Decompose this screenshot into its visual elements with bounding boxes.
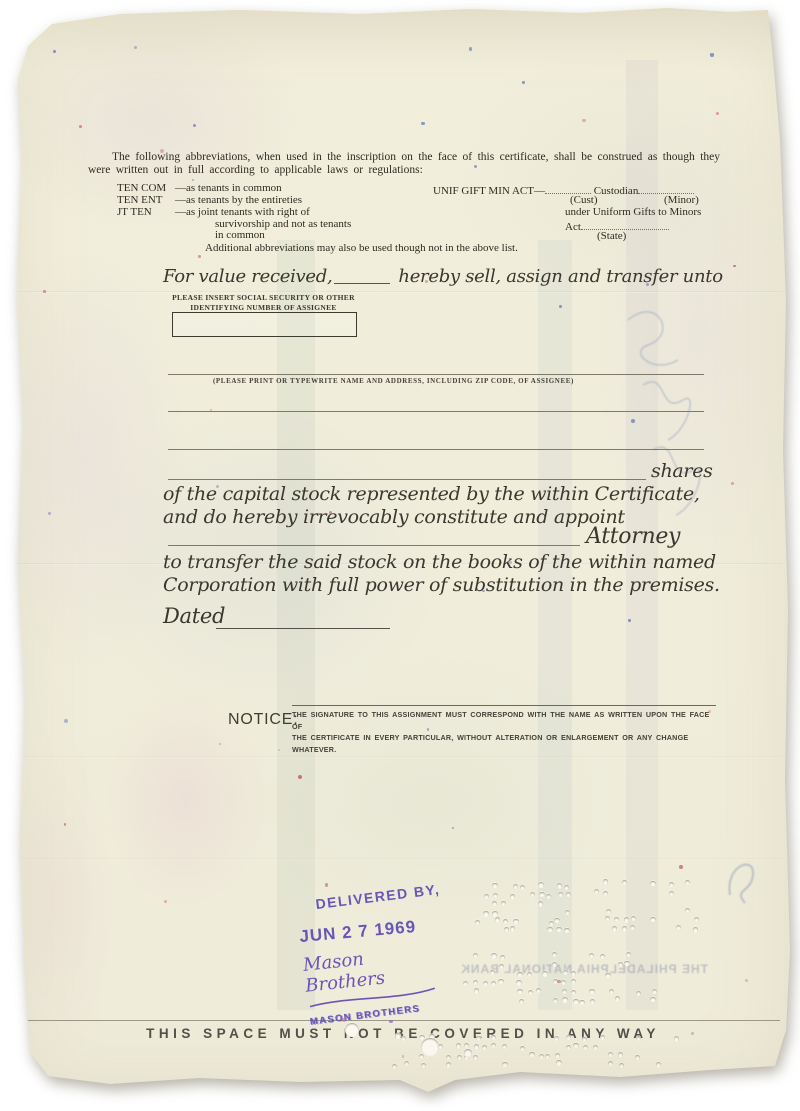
punch-hole [624,961,629,966]
attorney-word: Attorney [586,524,680,549]
shares-word: shares [651,460,713,482]
notice-rule [292,705,716,706]
abbrev-def-cont: in common [215,230,351,242]
punch-hole [590,999,595,1004]
punch-hole [513,884,518,889]
punch-hole [549,921,554,926]
punch-hole [573,1043,578,1048]
abbrev-ten-ent: TEN ENT—as tenants by the entireties [117,195,302,207]
paper-speck [731,482,734,485]
punch-hole [483,911,488,916]
capital-stock-line1: of the capital stock represented by the … [163,483,700,505]
punch-hole [528,990,533,995]
punch-hole [656,1062,661,1067]
punch-hole [395,1033,400,1038]
punch-hole [565,910,570,915]
unif-under-line: under Uniform Gifts to Minors [565,207,701,219]
attorney-write-line [168,545,580,546]
fold-crease [16,291,782,293]
punch-hole [542,971,547,976]
punch-hole [693,927,698,932]
punch-hole [421,1038,439,1056]
paper-speck [745,979,748,982]
stamp-date: JUN 2 7 1969 [299,916,430,947]
ssn-entry-box [172,312,357,337]
punch-hole [392,1064,397,1069]
punch-hole [615,996,620,1001]
punch-hole [618,1052,623,1057]
punch-hole [603,891,608,896]
punch-hole [630,925,635,930]
punch-hole [594,889,599,894]
punch-hole [482,1045,487,1050]
unif-act-label: Act [565,221,581,233]
punch-hole [464,1043,469,1048]
punch-hole [538,901,543,906]
assignee-write-line-2 [168,411,704,412]
punch-hole [473,953,478,958]
paper-speck [298,775,302,779]
abbrev-jt-ten: JT TEN—as joint tenants with right of su… [117,207,351,242]
for-value-received-text: For value received, [163,266,332,287]
punch-hole [619,1063,624,1068]
punch-hole [583,1045,588,1050]
abbrev-ten-com: TEN COM—as tenants in common [117,183,282,195]
punch-hole [694,917,699,922]
paper-speck [421,122,424,125]
paper-speck [48,512,52,516]
assignee-write-line-3 [168,449,704,450]
punch-hole [564,885,569,890]
punch-hole [561,980,566,985]
punch-hole [473,1055,478,1060]
notice-label: NOTICE: [228,711,299,729]
paper-speck [192,179,194,181]
punch-hole [493,893,498,898]
punch-hole [622,926,627,931]
punch-hole [626,952,631,957]
punch-hole [464,1049,472,1057]
punch-hole [446,1055,451,1060]
punch-hole [636,991,641,996]
paper-speck [710,53,713,56]
punch-hole [492,883,497,888]
punch-hole [571,990,576,995]
additional-abbrev-note: Additional abbreviations may also be use… [205,243,518,255]
punch-hole [600,1035,605,1040]
punch-hole [516,980,521,985]
punch-hole [650,881,655,886]
punch-hole [554,918,559,923]
punch-hole [674,1036,679,1041]
punch-hole [463,981,468,986]
abbrev-term: TEN ENT [117,195,175,207]
assignee-write-line-1 [168,374,704,375]
ssn-instruction-label: PLEASE INSERT SOCIAL SECURITY OR OTHER I… [170,293,357,312]
abbrev-def: —as tenants in common [175,182,282,194]
punch-hole [573,999,578,1004]
assignment-opening-line: For value received,hereby sell, assign a… [163,266,723,287]
punch-hole [608,1052,613,1057]
punch-hole [669,882,674,887]
punch-hole [527,972,532,977]
punch-hole [669,891,674,896]
paper-speck [522,81,525,84]
punch-hole [603,879,608,884]
punch-hole [563,970,568,975]
punch-hole [652,989,657,994]
punch-hole [676,925,681,930]
punch-hole [495,917,500,922]
punch-hole [545,1054,550,1059]
punch-hole [517,989,522,994]
notice-text: THE SIGNATURE TO THIS ASSIGNMENT MUST CO… [292,709,720,755]
ghost-pencil-mark [715,845,775,915]
punch-hole [502,1044,507,1049]
paper-speck [43,290,46,293]
punch-hole [539,1054,544,1059]
punch-hole [558,892,563,897]
paper-speck [733,265,735,267]
punch-hole [624,917,629,922]
hereby-sell-text: hereby sell, assign and transfer unto [398,266,722,287]
paper-speck [53,50,57,54]
punch-hole [529,1052,534,1057]
ssn-instruction-line2: IDENTIFYING NUMBER OF ASSIGNEE [170,303,357,313]
punch-hole [498,979,503,984]
transfer-line2: Corporation with full power of substitut… [163,574,720,596]
paper-speck [79,125,82,128]
punch-hole [600,954,605,959]
punch-hole [446,1062,451,1067]
punch-hole [571,979,576,984]
punch-hole [579,1000,584,1005]
fold-crease [16,756,782,758]
punch-hole [685,880,690,885]
punch-hole [608,1061,613,1066]
punch-hole [609,989,614,994]
paper-speck [716,112,719,115]
abbrev-def: —as tenants by the entireties [175,194,302,206]
punch-hole [562,997,567,1002]
dotted-leader [545,183,591,194]
punch-hole [538,882,543,887]
paper-speck [679,865,683,869]
dated-label: Dated [163,604,225,628]
punch-hole [345,1023,359,1037]
paper-speck [402,1055,404,1057]
paper-speck [278,749,280,751]
punch-hole [510,894,515,899]
punch-hole [421,1063,426,1068]
punch-hole [650,997,655,1002]
abbrev-term: TEN COM [117,183,175,195]
punch-hole [566,1035,571,1040]
punch-hole [510,926,515,931]
punch-hole [553,998,558,1003]
unif-custodian: Custodian [594,185,639,197]
certificate-back-paper-wrap: THE PHILADELPHIA NATIONAL BANK The follo… [0,0,800,1111]
paper-speck [631,419,635,423]
punch-hole [474,1044,479,1049]
punch-hole [530,892,535,897]
notice-line2: THE CERTIFICATE IN EVERY PARTICULAR, WIT… [292,732,720,755]
punch-hole [438,1044,443,1049]
fold-crease [16,858,782,860]
paper-speck [134,46,137,49]
punch-hole [520,885,525,890]
punch-hole [557,883,562,888]
punch-hole [612,926,617,931]
paper-speck [198,255,201,258]
paper-speck [64,719,68,723]
punch-hole [582,1037,587,1042]
paper-speck [325,883,329,887]
punch-hole [520,1046,525,1051]
ssn-instruction-line1: PLEASE INSERT SOCIAL SECURITY OR OTHER [170,293,357,303]
punch-hole [474,988,479,993]
showthrough-band-center [277,240,315,1010]
bottom-rule [18,1020,780,1021]
paper-speck [164,900,167,903]
punch-hole [491,1035,496,1040]
shares-write-line [168,479,646,480]
paper-speck [582,119,586,123]
punch-hole [457,1055,462,1060]
punch-hole [500,955,505,960]
unif-minor-label: (Minor) [664,195,699,207]
punch-hole [589,953,594,958]
paper-speck [469,47,473,51]
punch-hole [562,989,567,994]
punch-hole [536,988,541,993]
punch-hole [504,927,509,932]
dotted-leader [581,219,669,230]
punch-hole [502,1062,507,1067]
print-typewrite-caption: (PLEASE PRINT OR TYPEWRITE NAME AND ADDR… [213,377,574,385]
punch-hole [589,989,594,994]
punch-hole [593,1045,598,1050]
screenshot-root: { "colors": { "paper": "#f0eddb", "ink":… [0,0,800,1111]
punch-hole [519,999,524,1004]
abbrev-def: —as joint tenants with right of [175,206,310,218]
paper-speck [64,823,67,826]
certificate-back-paper: THE PHILADELPHIA NATIONAL BANK The follo… [0,0,800,1111]
paper-speck [452,827,454,829]
punch-hole [503,919,508,924]
transfer-line1: to transfer the said stock on the books … [163,551,716,573]
punch-hole [622,880,627,885]
delivery-stamp: DELIVERED BY, JUN 2 7 1969 Mason Brother… [295,874,509,1027]
dated-write-line [216,628,390,629]
punch-hole [456,1043,461,1048]
punch-hole [547,927,552,932]
punch-hole [552,952,557,957]
paper-speck [219,743,221,745]
paper-speck [559,305,562,308]
punch-hole [631,916,636,921]
stamp-delivered-by: DELIVERED BY, [315,874,496,912]
punch-hole [566,892,571,897]
punch-hole [556,927,561,932]
punch-hole [546,894,551,899]
punch-hole [492,911,497,916]
unif-state-label: (State) [597,231,626,243]
punch-hole [419,1054,424,1059]
punch-hole [685,908,690,913]
punch-hole [553,979,558,984]
unif-cust-label: (Cust) [570,195,598,207]
punch-hole [566,1045,571,1050]
punch-hole [404,1061,409,1066]
punch-hole [606,909,611,914]
punch-hole [635,1055,640,1060]
punch-hole [614,917,619,922]
punch-hole [499,964,504,969]
punch-hole [564,928,569,933]
unif-gift-line: UNIF GIFT MIN ACT— Custodian [433,183,694,198]
punch-hole [539,892,544,897]
capital-stock-line2: and do hereby irrevocably constitute and… [163,506,625,528]
assignee-name-blank [334,269,390,284]
punch-hole [650,917,655,922]
punch-hole [491,1043,496,1048]
punch-hole [555,1053,560,1058]
abbreviation-intro-paragraph: The following abbreviations, when used i… [88,151,720,177]
punch-hole [605,973,610,978]
punch-hole [501,901,506,906]
punch-hole [513,919,518,924]
abbrev-term: JT TEN [117,207,175,219]
paper-speck [628,619,631,622]
paper-speck [193,124,196,127]
notice-line1: THE SIGNATURE TO THIS ASSIGNMENT MUST CO… [292,709,720,732]
punch-hole [517,972,522,977]
punch-hole [605,916,610,921]
dotted-leader [638,183,694,194]
punch-hole [556,1060,561,1065]
punch-hole [491,953,496,958]
unif-gift-label: UNIF GIFT MIN ACT— [433,185,545,197]
